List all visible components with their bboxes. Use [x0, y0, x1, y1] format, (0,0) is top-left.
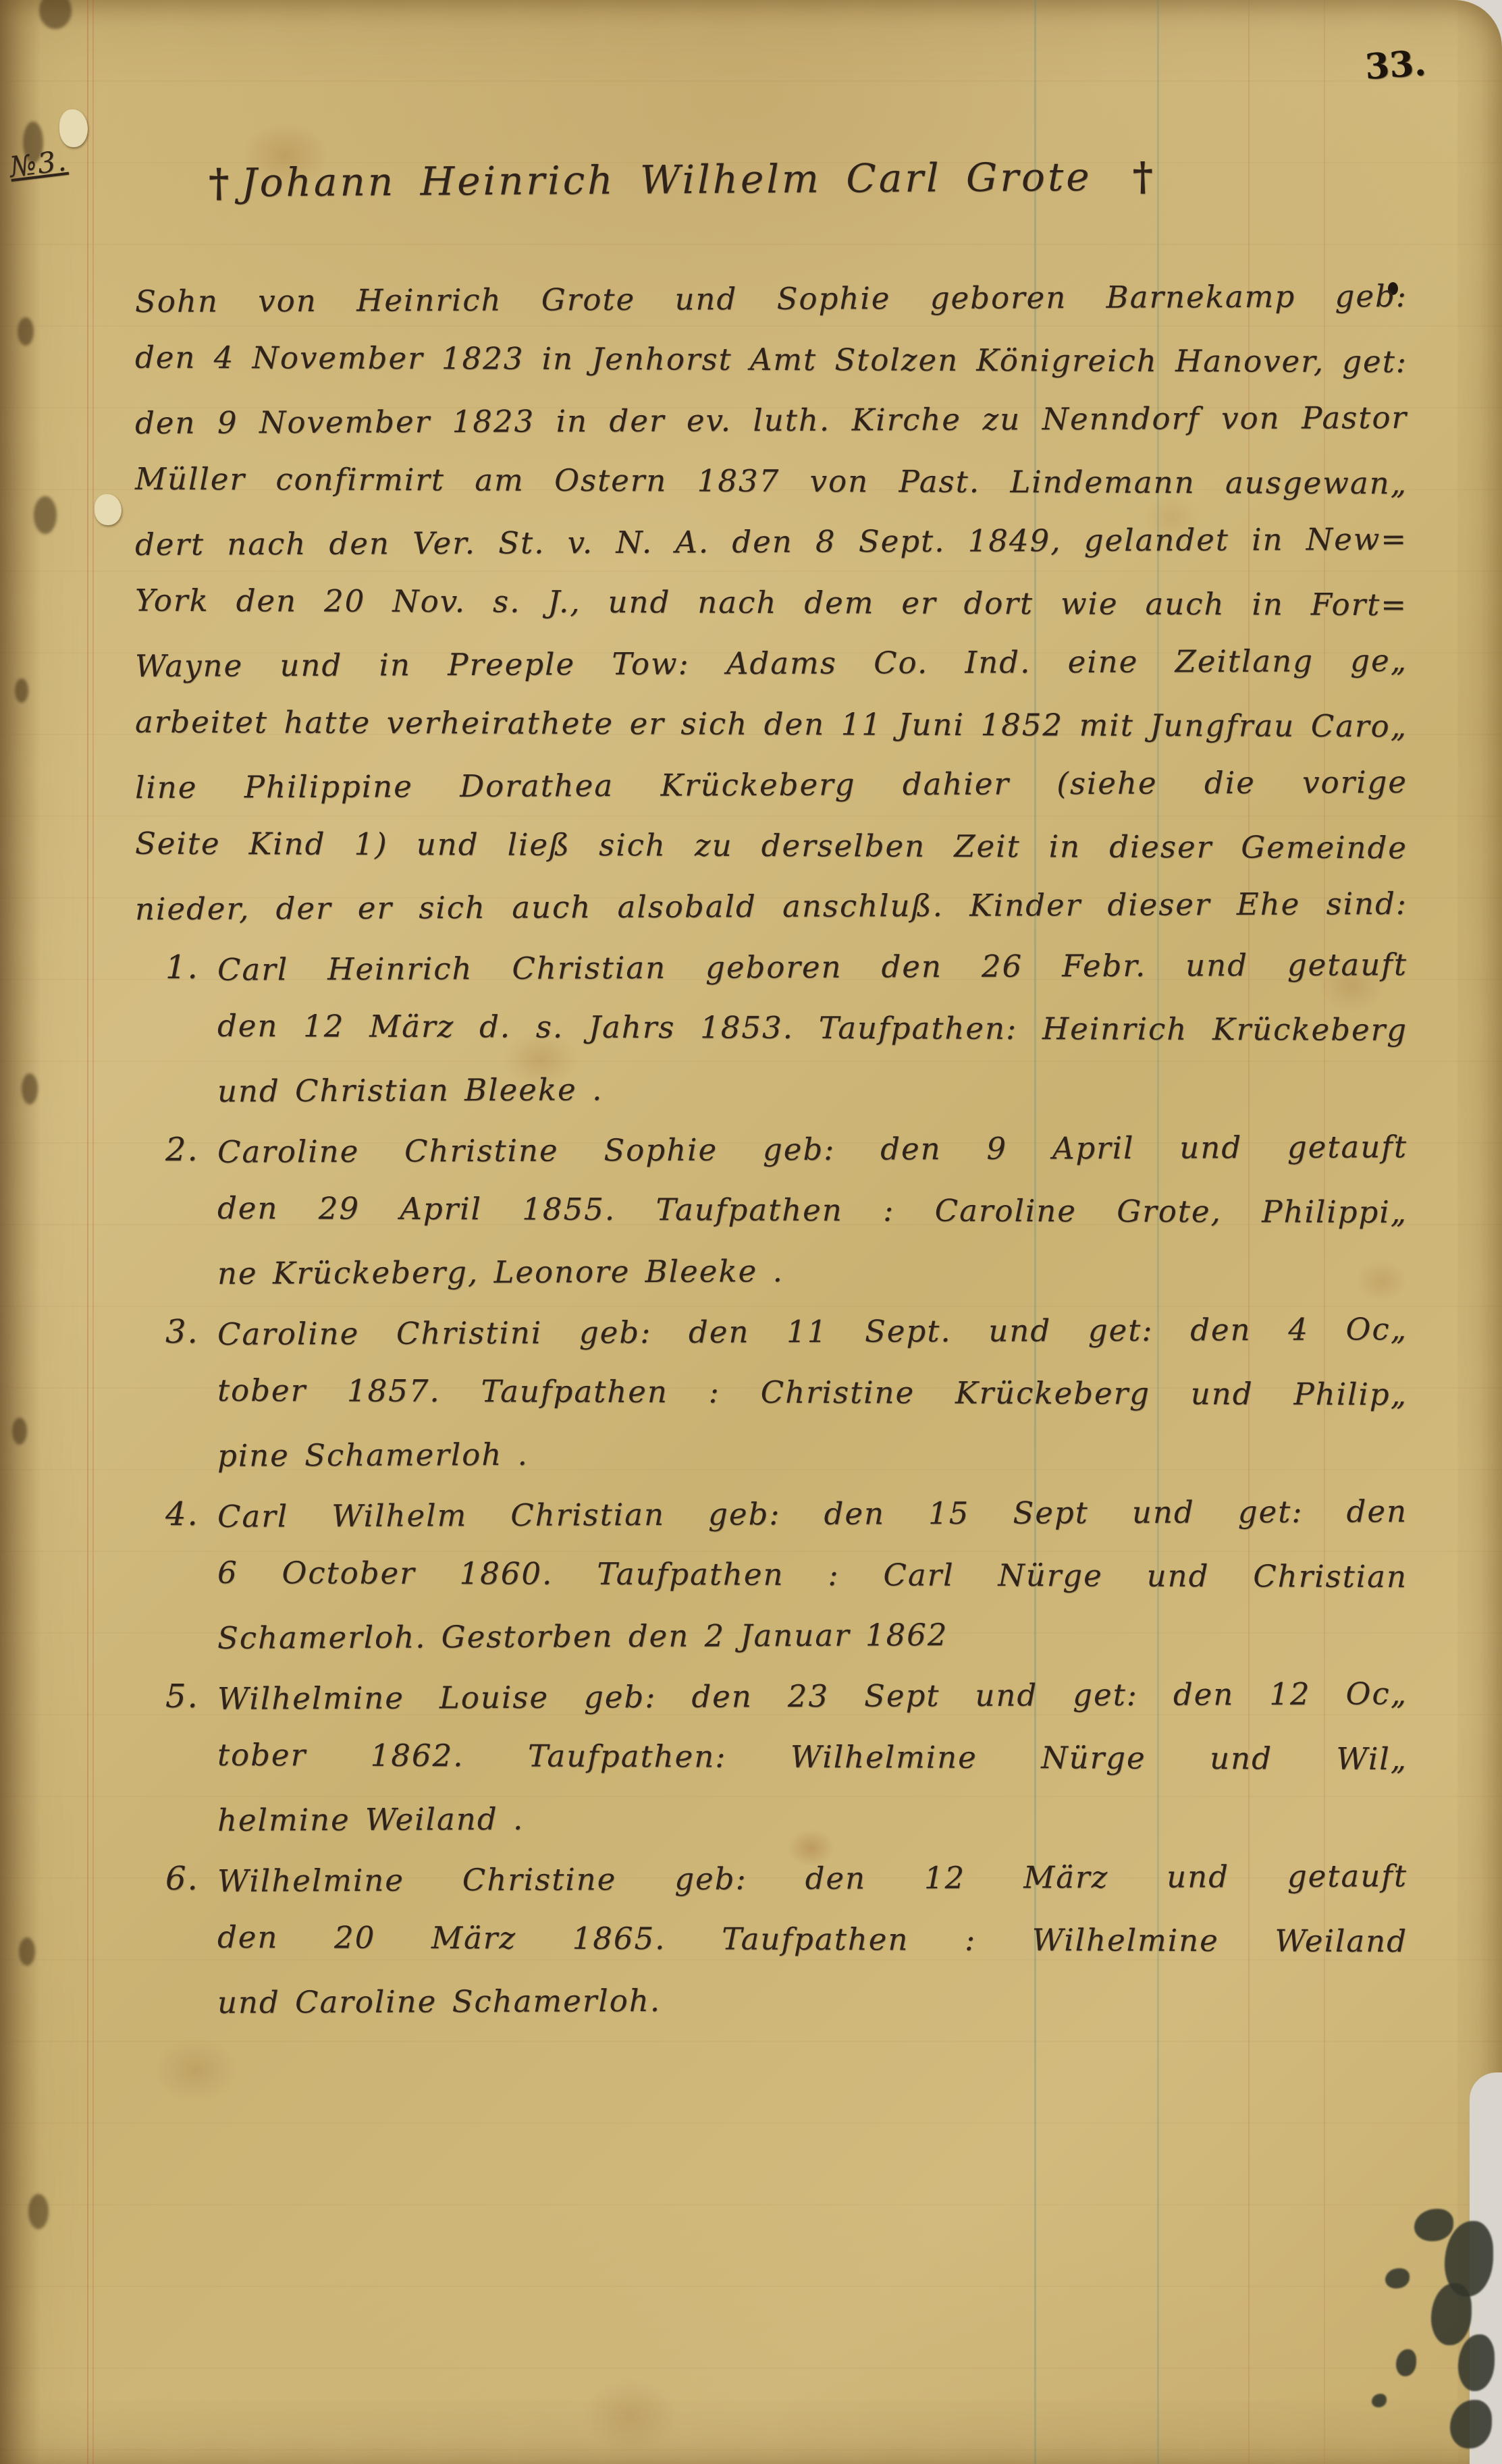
entry-lines: Carl Wilhelm Christian geb: den 15 Sept … — [217, 1484, 1407, 1666]
child-entry: 1.Carl Heinrich Christian geboren den 26… — [135, 937, 1407, 1119]
entry-number: 1. — [165, 937, 199, 998]
handwritten-line: den 20 März 1865. Taufpathen : Wilhelmin… — [217, 1907, 1407, 1972]
child-entry: 6.Wilhelmine Christine geb: den 12 März … — [135, 1848, 1407, 2031]
torn-left-edge — [0, 0, 41, 2464]
children-list: 1.Carl Heinrich Christian geboren den 26… — [135, 937, 1407, 2031]
entry-number: 3. — [165, 1302, 199, 1362]
handwritten-line: Wayne und in Preeple Tow: Adams Co. Ind.… — [135, 631, 1407, 697]
handwritten-line: tober 1857. Taufpathen : Christine Krück… — [217, 1360, 1407, 1425]
left-margin-rule — [87, 0, 88, 2464]
handwritten-line: den 9 November 1823 in der ev. luth. Kir… — [135, 387, 1407, 454]
handwritten-line: Wilhelmine Louise geb: den 23 Sept und g… — [217, 1663, 1407, 1730]
page-number: 33. — [1364, 43, 1428, 88]
ink-stain — [1385, 2268, 1410, 2288]
handwritten-line: Seite Kind 1) und ließ sich zu derselben… — [135, 813, 1407, 879]
child-entry: 3.Caroline Christini geb: den 11 Sept. u… — [135, 1302, 1407, 1484]
handwritten-line: line Philippine Dorathea Krückeberg dahi… — [135, 752, 1407, 818]
handwritten-line: tober 1862. Taufpathen: Wilhelmine Nürge… — [217, 1725, 1407, 1790]
ink-stain — [1372, 2394, 1387, 2407]
handwritten-line: Sohn von Heinrich Grote und Sophie gebor… — [135, 266, 1407, 332]
left-margin-rule-double — [92, 0, 94, 2464]
biography-paragraph: Sohn von Heinrich Grote und Sophie gebor… — [135, 269, 1407, 937]
handwritten-line: helmine Weiland . — [217, 1785, 1407, 1851]
handwritten-line: Caroline Christine Sophie geb: den 9 Apr… — [217, 1117, 1407, 1183]
entry-lines: Wilhelmine Christine geb: den 12 März un… — [217, 1848, 1407, 2031]
child-entry: 2.Caroline Christine Sophie geb: den 9 A… — [135, 1119, 1407, 1302]
paper-tear — [39, 0, 72, 29]
handwritten-line: nieder, der er sich auch alsobald anschl… — [135, 874, 1407, 940]
ink-stain — [1396, 2349, 1416, 2376]
entry-number: 2. — [165, 1119, 199, 1180]
torn-hole — [95, 494, 122, 525]
paper-tear — [18, 317, 34, 346]
handwritten-line: Schamerloh. Gestorben den 2 Januar 1862 — [217, 1603, 1407, 1669]
paper-tear — [15, 678, 28, 703]
entry-lines: Caroline Christini geb: den 11 Sept. und… — [217, 1302, 1407, 1484]
handwritten-line: Carl Heinrich Christian geboren den 26 F… — [217, 934, 1407, 1000]
handwritten-line: ne Krückeberg, Leonore Bleeke . — [217, 1238, 1407, 1304]
handwritten-line: und Christian Bleeke . — [217, 1056, 1407, 1122]
paper-tear — [22, 1073, 38, 1104]
handwritten-line: dert nach den Ver. St. v. N. A. den 8 Se… — [135, 509, 1407, 575]
child-entry: 5.Wilhelmine Louise geb: den 23 Sept und… — [135, 1666, 1407, 1848]
entry-number: 4. — [165, 1484, 199, 1545]
handwritten-line: den 29 April 1855. Taufpathen : Caroline… — [217, 1178, 1407, 1243]
handwritten-line: 6 October 1860. Taufpathen : Carl Nürge … — [217, 1543, 1407, 1607]
entry-number: 5. — [165, 1666, 199, 1727]
record-number: №3. — [7, 144, 69, 184]
handwritten-line: Wilhelmine Christine geb: den 12 März un… — [217, 1846, 1407, 1912]
handwritten-line: den 4 November 1823 in Jenhorst Amt Stol… — [135, 327, 1407, 393]
paper-tear — [34, 496, 57, 534]
scanned-register-page: №3. 33. †Johann Heinrich Wilhelm Carl Gr… — [0, 0, 1502, 2464]
paper-tear — [28, 2194, 49, 2229]
handwritten-line: Müller confirmirt am Ostern 1837 von Pas… — [135, 449, 1407, 514]
handwritten-line: Carl Wilhelm Christian geb: den 15 Sept … — [217, 1481, 1407, 1547]
torn-hole — [59, 109, 88, 147]
paper-tear — [12, 1418, 27, 1445]
handwritten-line: Caroline Christini geb: den 11 Sept. und… — [217, 1299, 1407, 1365]
handwritten-line: und Caroline Schamerloh. — [217, 1967, 1407, 2033]
entry-lines: Carl Heinrich Christian geboren den 26 F… — [217, 937, 1407, 1119]
record-body: Sohn von Heinrich Grote und Sophie gebor… — [135, 269, 1407, 2031]
paper-tear — [19, 1937, 35, 1966]
child-entry: 4.Carl Wilhelm Christian geb: den 15 Sep… — [135, 1484, 1407, 1666]
handwritten-line: York den 20 Nov. s. J., und nach dem er … — [135, 570, 1407, 636]
entry-number: 6. — [165, 1848, 199, 1909]
entry-lines: Caroline Christine Sophie geb: den 9 Apr… — [217, 1119, 1407, 1302]
cross-icon: † — [1092, 153, 1165, 200]
cross-icon: † — [199, 160, 242, 206]
handwritten-line: arbeitet hatte verheirathete er sich den… — [135, 692, 1407, 757]
title-name: Johann Heinrich Wilhelm Carl Grote — [241, 154, 1092, 206]
handwritten-line: pine Schamerloh . — [217, 1420, 1407, 1487]
entry-lines: Wilhelmine Louise geb: den 23 Sept und g… — [217, 1666, 1407, 1848]
handwritten-line: den 12 März d. s. Jahrs 1853. Taufpathen… — [217, 996, 1407, 1061]
ink-stain — [1414, 2209, 1453, 2241]
page-title: †Johann Heinrich Wilhelm Carl Grote† — [199, 153, 1178, 206]
paper-sheet: №3. 33. †Johann Heinrich Wilhelm Carl Gr… — [0, 0, 1502, 2464]
ink-stain — [1431, 2283, 1472, 2345]
